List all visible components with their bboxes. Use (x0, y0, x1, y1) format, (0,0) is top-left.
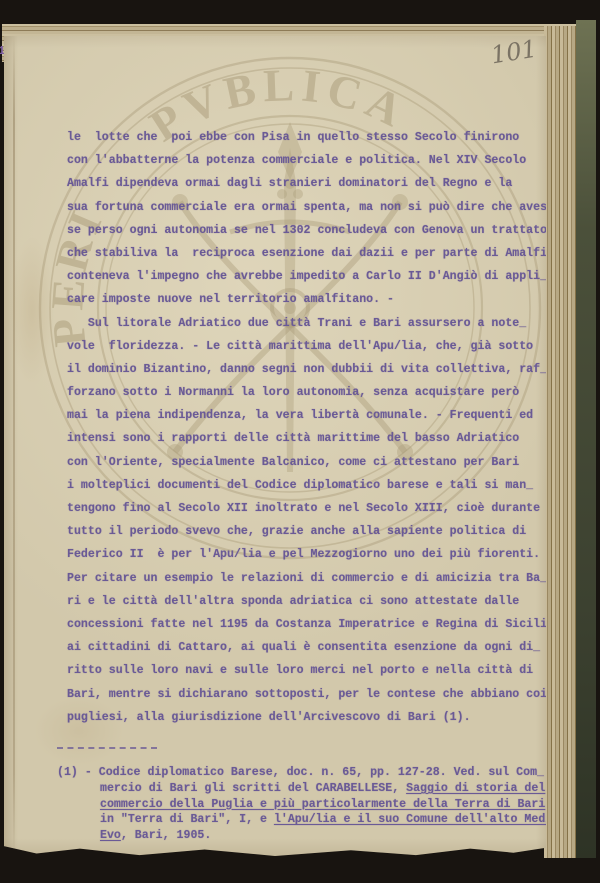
text-line: vole floridezza. - Le città marittima de… (67, 335, 561, 358)
text-line: con l'abbatterne la potenza commerciale … (67, 149, 561, 172)
text-line: mai la piena indipendenza, la vera liber… (67, 404, 561, 427)
text-line: conteneva l'impegno che avrebbe impedito… (67, 265, 561, 288)
cited-title: l'Apu/lia e il suo Comune dell'alto Medi… (274, 813, 559, 826)
footnote-line: commercio della Puglia e più particolarm… (57, 797, 557, 813)
typewritten-text: le lotte che poi ebbe con Pisa in quello… (67, 126, 561, 729)
text-line: sua fortuna commerciale era ormai spenta… (67, 196, 561, 219)
text-line: tengono fino al Secolo XII inoltrato e n… (67, 497, 561, 520)
text-line: se perso ogni autonomia se nel 1302 conc… (67, 219, 561, 242)
text-line: intensi sono i rapporti delle città mari… (67, 427, 561, 450)
cited-title: commercio della Puglia e più particolarm… (100, 798, 545, 811)
text-line: con l'Oriente, specialmente Balcanico, c… (67, 451, 561, 474)
text-line: Amalfi dipendeva ormai dagli stranieri d… (67, 172, 561, 195)
text-line: che stabiliva la reciproca esenzione dai… (67, 242, 561, 265)
text-line: Sul litorale Adriatico due città Trani e… (67, 312, 561, 335)
page-crease (13, 36, 15, 856)
footnote-line: Evo, Bari, 1905. (57, 828, 557, 844)
document-page: PERI PVBLICA 101 (4, 36, 546, 856)
cited-title: Saggio di storia del (406, 782, 545, 795)
text-line: ri e le città dell'altra sponda adriatic… (67, 590, 561, 613)
cited-title: Evo (100, 829, 121, 842)
text-line: Federico II è per l'Apu/lia e pel Mezzog… (67, 543, 561, 566)
text-line: concessioni fatte nel 1195 da Costanza I… (67, 613, 561, 636)
text-line: Bari, mentre si dichiarano sottoposti, p… (67, 683, 561, 706)
footnote-text: , Bari, 1905. (121, 829, 211, 842)
footnote-text: (1) - Codice diplomatico Barese, doc. n.… (57, 766, 544, 779)
text-line: il dominio Bizantino, danno segni non du… (67, 358, 561, 381)
footnote: (1) - Codice diplomatico Barese, doc. n.… (57, 765, 557, 844)
footnote-line: mercio di Bari gli scritti del CARABELLE… (57, 781, 557, 797)
footnote-text: mercio di Bari gli scritti del CARABELLE… (100, 782, 406, 795)
book-photo: 14 PERI PVBLICA (0, 0, 600, 883)
text-line: forzano sotto i Normanni la loro autonom… (67, 381, 561, 404)
text-line: tutto il periodo svevo che, grazie anche… (67, 520, 561, 543)
text-line: care imposte nuove nel territorio amalfi… (67, 288, 561, 311)
text-line: ritto sulle loro navi e sulle loro merci… (67, 659, 561, 682)
book-cover-edge (576, 20, 596, 858)
text-line: i molteplici documenti del Codice diplom… (67, 474, 561, 497)
footnote-line: (1) - Codice diplomatico Barese, doc. n.… (57, 765, 557, 781)
text-line: ai cittadini di Cattaro, ai quali è cons… (67, 636, 561, 659)
footnote-separator (57, 747, 157, 749)
text-line: le lotte che poi ebbe con Pisa in quello… (67, 126, 561, 149)
page-stack-fore-edge (544, 26, 578, 858)
text-line: pugliesi, alla giurisdizione dell'Arcive… (67, 706, 561, 729)
text-line: Per citare un esempio le relazioni di co… (67, 567, 561, 590)
footnote-line: in "Terra di Bari", I, e l'Apu/lia e il … (57, 812, 557, 828)
footnote-text: in "Terra di Bari", I, e (100, 813, 274, 826)
